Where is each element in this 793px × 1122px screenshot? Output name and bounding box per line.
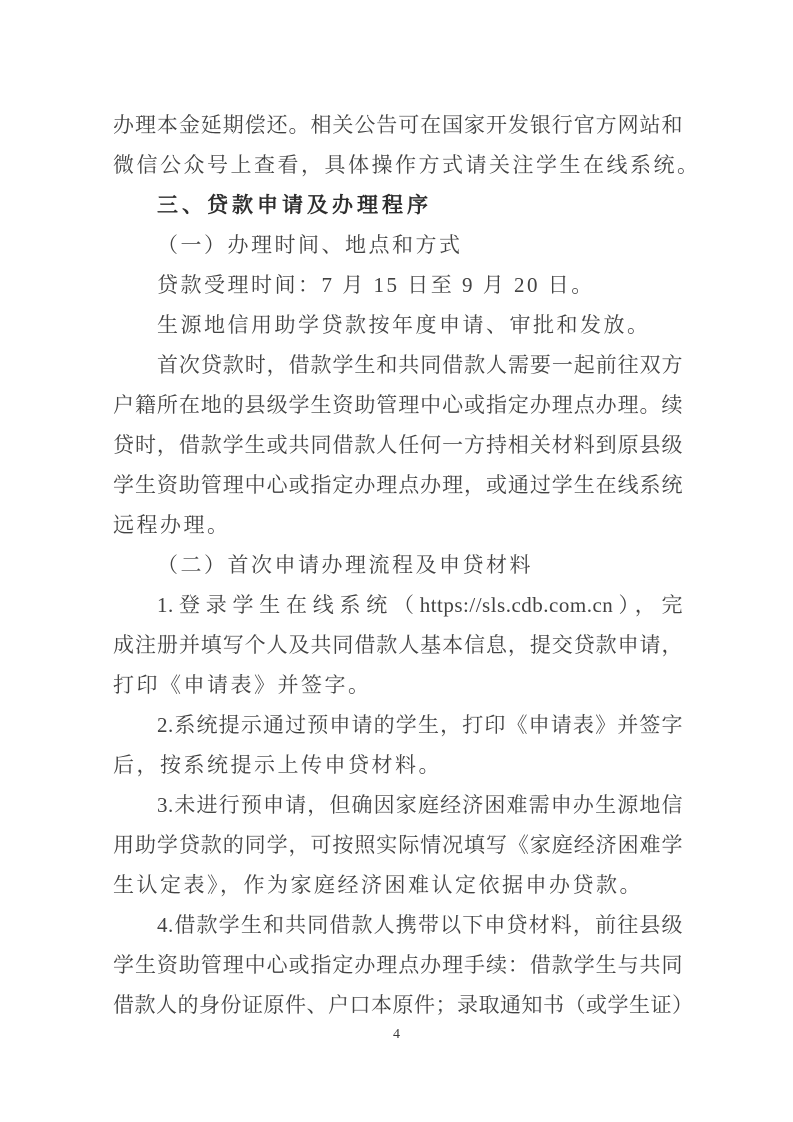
section-heading: 三、贷款申请及办理程序	[113, 185, 683, 225]
text-line: 学生资助管理中心或指定办理点办理手续：借款学生与共同	[113, 945, 683, 985]
text-line: 贷款受理时间：7 月 15 日至 9 月 20 日。	[113, 265, 683, 305]
text-line: 4.借款学生和共同借款人携带以下申贷材料，前往县级	[113, 905, 683, 945]
text-line: 打印《申请表》并签字。	[113, 665, 683, 705]
text-line: 用助学贷款的同学，可按照实际情况填写《家庭经济困难学	[113, 825, 683, 865]
text-line: 办理本金延期偿还。相关公告可在国家开发银行官方网站和	[113, 105, 683, 145]
text-line: 生源地信用助学贷款按年度申请、审批和发放。	[113, 305, 683, 345]
text-line: 3.未进行预申请，但确因家庭经济困难需申办生源地信	[113, 785, 683, 825]
text-line: 成注册并填写个人及共同借款人基本信息，提交贷款申请，	[113, 625, 683, 665]
text-line: 贷时，借款学生或共同借款人任何一方持相关材料到原县级	[113, 425, 683, 465]
document-page: 办理本金延期偿还。相关公告可在国家开发银行官方网站和 微信公众号上查看，具体操作…	[0, 0, 793, 1122]
subsection-heading: （一）办理时间、地点和方式	[113, 225, 683, 265]
text-line: 学生资助管理中心或指定办理点办理，或通过学生在线系统	[113, 465, 683, 505]
text-line: 远程办理。	[113, 505, 683, 545]
text-line: 微信公众号上查看，具体操作方式请关注学生在线系统。	[113, 145, 683, 185]
text-line: 户籍所在地的县级学生资助管理中心或指定办理点办理。续	[113, 385, 683, 425]
document-body: 办理本金延期偿还。相关公告可在国家开发银行官方网站和 微信公众号上查看，具体操作…	[113, 105, 683, 1025]
text-line: 1.登录学生在线系统（https://sls.cdb.com.cn），完	[113, 585, 683, 625]
text-line: 2.系统提示通过预申请的学生，打印《申请表》并签字	[113, 705, 683, 745]
subsection-heading: （二）首次申请办理流程及申贷材料	[113, 545, 683, 585]
text-line: 生认定表》，作为家庭经济困难认定依据申办贷款。	[113, 865, 683, 905]
page-number: 4	[0, 1022, 793, 1048]
text-line: 借款人的身份证原件、户口本原件；录取通知书（或学生证）	[113, 985, 683, 1025]
text-line: 首次贷款时，借款学生和共同借款人需要一起前往双方	[113, 345, 683, 385]
text-line: 后，按系统提示上传申贷材料。	[113, 745, 683, 785]
